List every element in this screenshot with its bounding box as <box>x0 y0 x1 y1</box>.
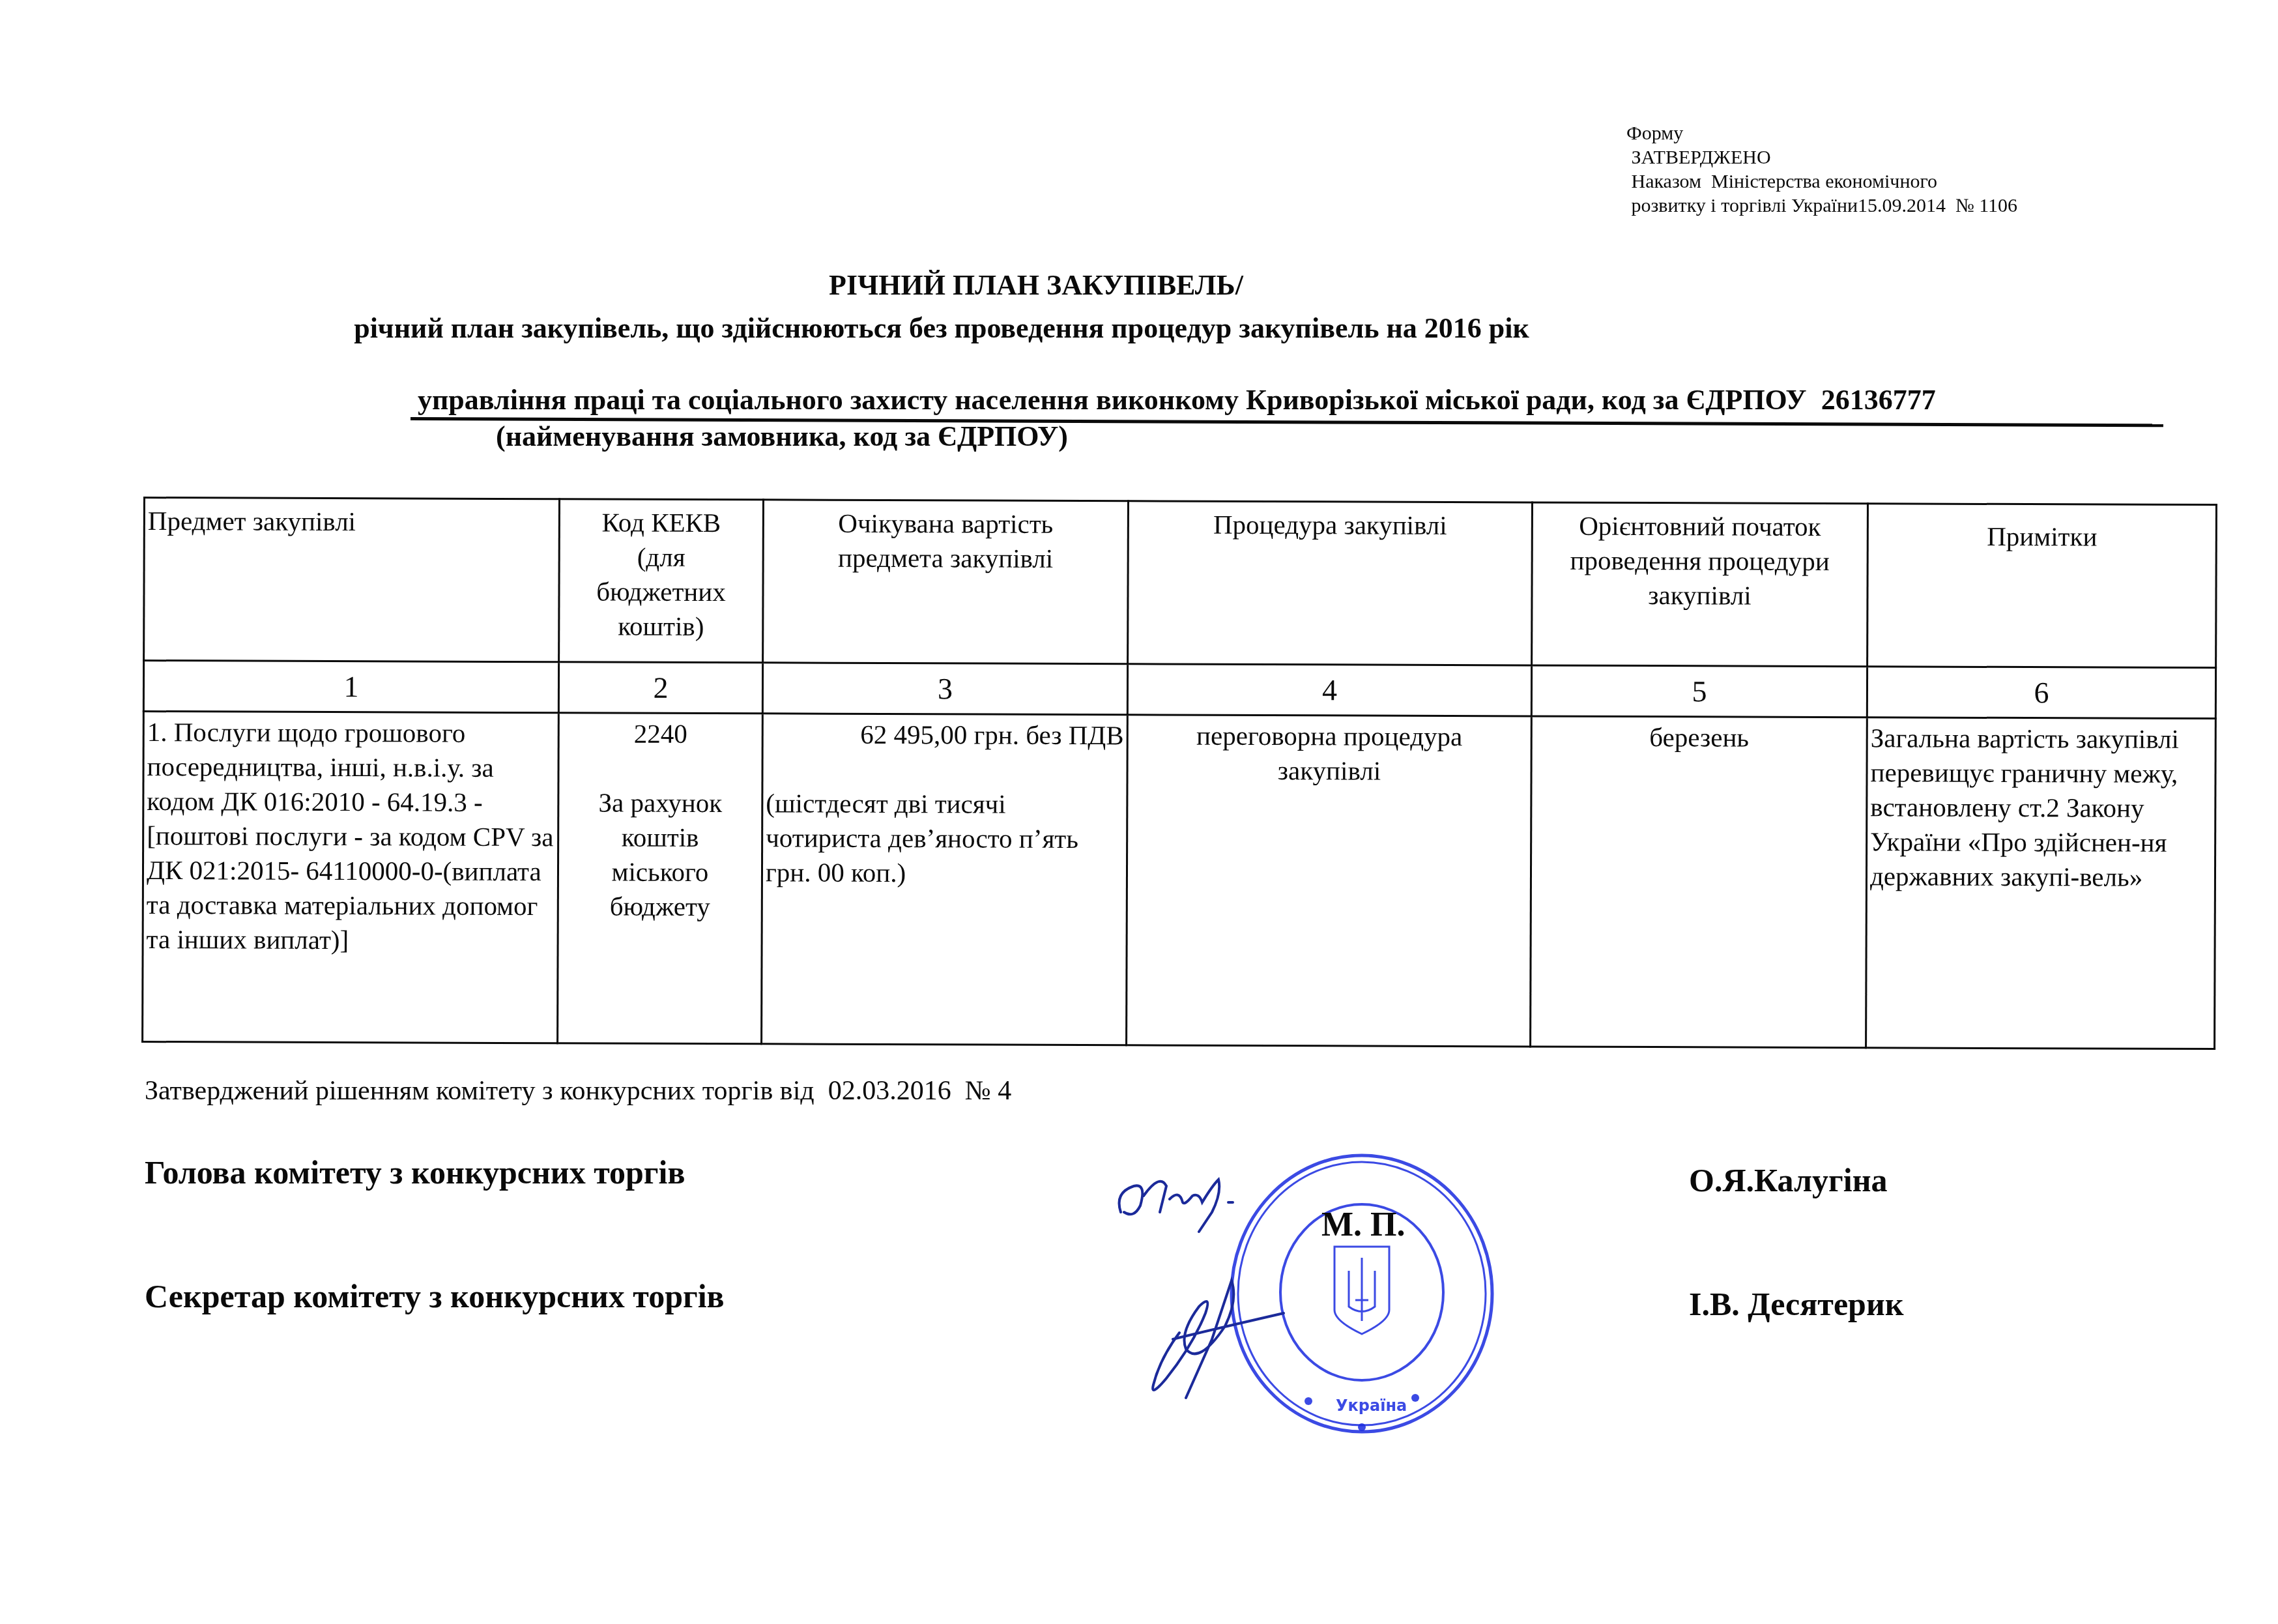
cell-subject: 1. Послуги щодо грошового посередництва,… <box>143 712 559 1043</box>
committee-secretary-name: І.В. Десятерик <box>1689 1285 1904 1323</box>
cell-procedure: переговорна процедура закупівлі <box>1127 715 1532 1047</box>
column-number: 4 <box>1127 664 1531 716</box>
secretary-signature-icon <box>1134 1235 1303 1404</box>
column-number: 1 <box>143 661 558 713</box>
column-number: 6 <box>1867 667 2215 719</box>
column-number: 2 <box>558 662 762 714</box>
approval-line: Наказом Міністерства економічного <box>1626 169 2017 194</box>
seal-place-mark: М. П. <box>1321 1206 1406 1244</box>
procurement-plan-table: Предмет закупівлі Код КЕКВ (для бюджетни… <box>141 497 2217 1050</box>
header-notes: Примітки <box>1867 504 2217 668</box>
stamp-country-text: Україна <box>1336 1397 1407 1415</box>
kekv-source: За рахунок коштів міського бюджету <box>562 785 759 924</box>
table-row: 1. Послуги щодо грошового посередництва,… <box>143 712 2216 1049</box>
cell-start: березень <box>1531 716 1867 1048</box>
header-subject: Предмет закупівлі <box>144 498 560 662</box>
approval-line: ЗАТВЕРДЖЕНО <box>1626 145 2017 169</box>
document-title: РІЧНИЙ ПЛАН ЗАКУПІВЕЛЬ/ <box>0 268 2072 302</box>
approval-decision: Затверджений рішенням комітету з конкурс… <box>145 1075 1011 1107</box>
header-expected-cost: Очікувана вартість предмета закупівлі <box>763 500 1129 664</box>
approval-line: розвитку і торгівлі України15.09.2014 № … <box>1626 194 2017 218</box>
approval-line: Форму <box>1626 121 2017 145</box>
document-subtitle: річний план закупівель, що здійснюються … <box>0 312 1883 345</box>
expected-cost-words: (шістдесят дві тисячі чотириста дев’янос… <box>766 786 1124 891</box>
column-number: 3 <box>762 663 1127 715</box>
table-header-row: Предмет закупівлі Код КЕКВ (для бюджетни… <box>144 498 2217 668</box>
header-start: Орієнтовний початок проведення процедури… <box>1532 502 1868 667</box>
expected-cost: 62 495,00 грн. без ПДВ <box>766 717 1124 753</box>
committee-secretary-title: Секретар комітету з конкурсних торгів <box>145 1277 725 1315</box>
column-number: 5 <box>1531 665 1867 718</box>
cell-kekv: 2240 За рахунок коштів міського бюджету <box>558 713 763 1044</box>
customer-name: управління праці та соціального захисту … <box>411 383 1936 416</box>
column-number-row: 1 2 3 4 5 6 <box>143 661 2215 719</box>
head-signature-icon <box>1108 1167 1251 1238</box>
cell-notes: Загальна вартість закупівлі перевищує гр… <box>1866 718 2216 1049</box>
header-procedure: Процедура закупівлі <box>1128 501 1533 665</box>
header-kekv: Код КЕКВ (для бюджетних коштів) <box>559 499 764 663</box>
kekv-code: 2240 <box>562 716 759 751</box>
cell-expected-cost: 62 495,00 грн. без ПДВ (шістдесят дві ти… <box>762 714 1128 1045</box>
approval-block: Форму ЗАТВЕРДЖЕНО Наказом Міністерства е… <box>1626 121 2017 218</box>
committee-head-title: Голова комітету з конкурсних торгів <box>145 1153 685 1191</box>
committee-head-name: О.Я.Калугіна <box>1689 1161 1888 1199</box>
customer-caption: (найменування замовника, код за ЄДРПОУ) <box>0 420 1564 453</box>
